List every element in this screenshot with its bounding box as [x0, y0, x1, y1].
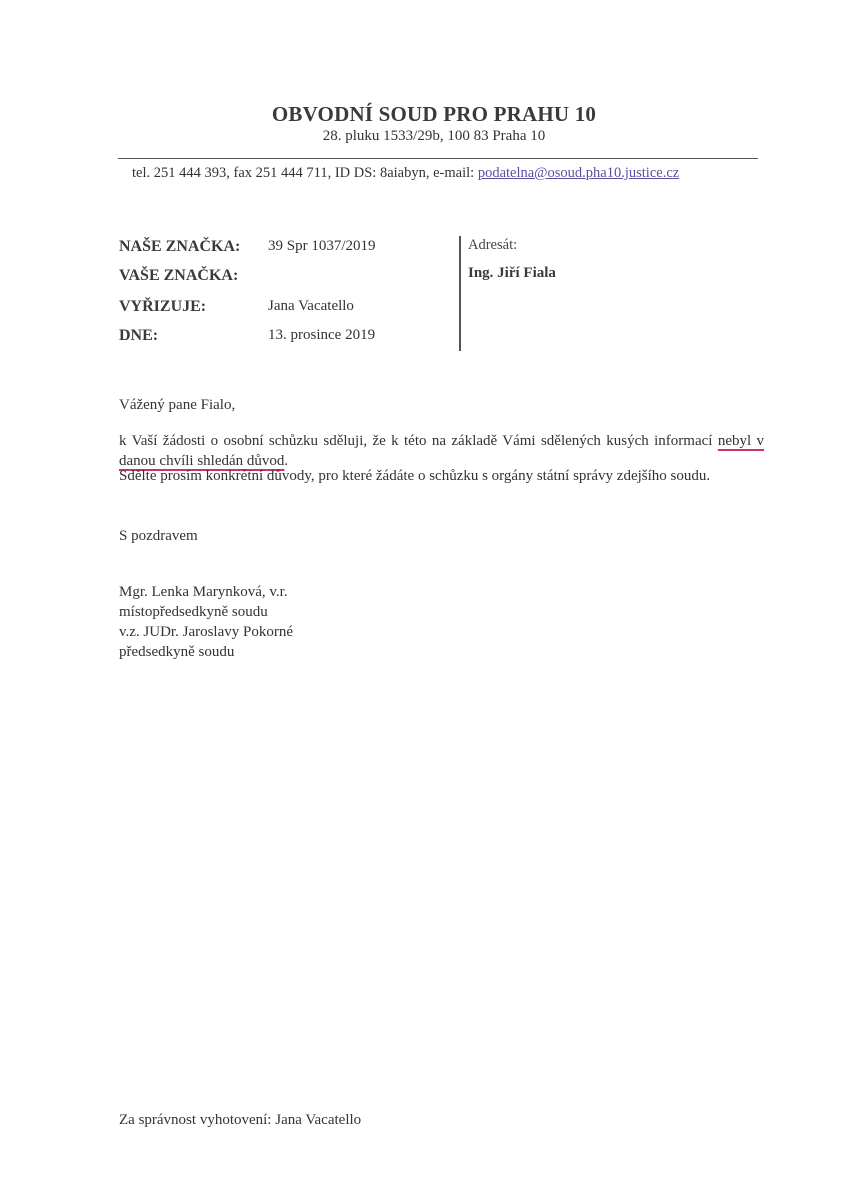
signature-line: v.z. JUDr. Jaroslavy Pokorné [119, 622, 293, 642]
paragraph-2: Sdělte prosím konkrétní důvody, pro kter… [119, 466, 764, 486]
signature-block: Mgr. Lenka Marynková, v.r. místopředsedk… [119, 582, 293, 662]
court-name: OBVODNÍ SOUD PRO PRAHU 10 [0, 102, 868, 127]
salutation: Vážený pane Fialo, [119, 395, 235, 415]
certification: Za správnost vyhotovení: Jana Vacatello [119, 1110, 361, 1130]
address-divider [459, 236, 461, 351]
addressee-name: Ing. Jiří Fiala [468, 265, 556, 282]
our-reference-value: 39 Spr 1037/2019 [268, 238, 376, 255]
our-reference-label: NAŠE ZNAČKA: [119, 238, 240, 256]
email-link[interactable]: podatelna@osoud.pha10.justice.cz [478, 165, 679, 181]
closing: S pozdravem [119, 526, 198, 546]
signature-line: Mgr. Lenka Marynková, v.r. [119, 582, 293, 602]
header-divider [118, 158, 758, 159]
addressee-label: Adresát: [468, 237, 517, 254]
your-reference-label: VAŠE ZNAČKA: [119, 267, 238, 285]
handled-by-label: VYŘIZUJE: [119, 298, 206, 316]
paragraph-1-start: k Vaší žádosti o osobní schůzku sděluji,… [119, 433, 718, 449]
paragraph-1: k Vaší žádosti o osobní schůzku sděluji,… [119, 431, 764, 471]
date-value: 13. prosince 2019 [268, 327, 375, 344]
handled-by-value: Jana Vacatello [268, 298, 354, 315]
contact-line: tel. 251 444 393, fax 251 444 711, ID DS… [132, 165, 679, 182]
date-label: DNE: [119, 327, 158, 345]
contact-details: tel. 251 444 393, fax 251 444 711, ID DS… [132, 165, 478, 181]
signature-line: místopředsedkyně soudu [119, 602, 293, 622]
court-address: 28. pluku 1533/29b, 100 83 Praha 10 [0, 128, 868, 145]
signature-line: předsedkyně soudu [119, 642, 293, 662]
